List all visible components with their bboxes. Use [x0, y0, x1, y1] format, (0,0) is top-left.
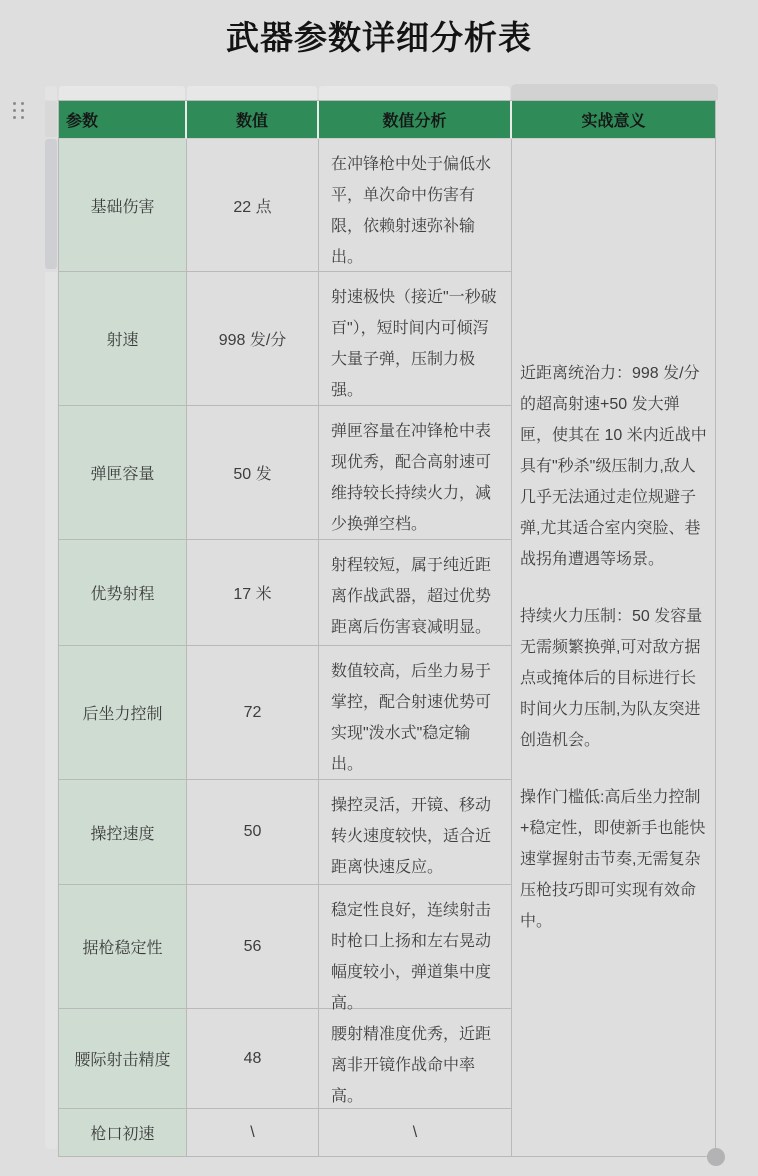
drag-dot [21, 102, 24, 105]
param-cell[interactable]: 操控速度 [59, 780, 187, 885]
analysis-cell[interactable]: \ [319, 1109, 512, 1156]
weapon-parameters-table: 参数数值数值分析实战意义基础伤害22 点在冲锋枪中处于偏低水平，单次命中伤害有限… [58, 100, 716, 1157]
analysis-cell[interactable]: 弹匣容量在冲锋枪中表现优秀，配合高射速可维持较长持续火力，减少换弹空档。 [319, 406, 512, 540]
param-cell[interactable]: 射速 [59, 272, 187, 406]
table-area: 参数数值数值分析实战意义基础伤害22 点在冲锋枪中处于偏低水平，单次命中伤害有限… [45, 84, 745, 1176]
column-header[interactable]: 实战意义 [512, 101, 715, 139]
drag-handle-icon[interactable] [13, 102, 24, 119]
combat-significance-paragraph: 持续火力压制：50 发容量无需频繁换弹,可对敌方据点或掩体后的目标进行长时间火力… [520, 601, 709, 756]
analysis-cell[interactable]: 在冲锋枪中处于偏低水平，单次命中伤害有限，依赖射速弥补输出。 [319, 139, 512, 272]
combat-significance-paragraph: 操作门槛低:高后坐力控制+稳定性，即使新手也能快速掌握射击节奏,无需复杂压枪技巧… [520, 782, 709, 937]
combat-significance-paragraph: 近距离统治力：998 发/分的超高射速+50 发大弹匣，使其在 10 米内近战中… [520, 358, 709, 575]
column-handle[interactable] [59, 86, 185, 100]
row-handle[interactable] [45, 272, 57, 1149]
analysis-cell[interactable]: 稳定性良好，连续射击时枪口上扬和左右晃动幅度较小，弹道集中度高。 [319, 885, 512, 1009]
drag-dot [13, 109, 16, 112]
drag-dot [21, 116, 24, 119]
analysis-cell[interactable]: 射程较短，属于纯近距离作战武器，超过优势距离后伤害衰减明显。 [319, 540, 512, 646]
drag-dot [13, 116, 16, 119]
param-cell[interactable]: 弹匣容量 [59, 406, 187, 540]
value-cell[interactable]: 56 [187, 885, 319, 1009]
table-corner-handle[interactable] [45, 86, 57, 100]
analysis-cell[interactable]: 操控灵活，开镜、移动转火速度较快，适合近距离快速反应。 [319, 780, 512, 885]
param-cell[interactable]: 优势射程 [59, 540, 187, 646]
analysis-cell[interactable]: 腰射精准度优秀，近距离非开镜作战命中率高。 [319, 1009, 512, 1109]
column-header[interactable]: 参数 [59, 101, 187, 139]
value-cell[interactable]: 998 发/分 [187, 272, 319, 406]
column-handle[interactable] [187, 86, 317, 100]
column-handle-active[interactable] [511, 84, 718, 100]
value-cell[interactable]: 48 [187, 1009, 319, 1109]
analysis-cell[interactable]: 数值较高，后坐力易于掌控，配合射速优势可实现"泼水式"稳定输出。 [319, 646, 512, 780]
page-title[interactable]: 武器参数详细分析表 [0, 12, 758, 59]
column-handle[interactable] [319, 86, 510, 100]
param-cell[interactable]: 枪口初速 [59, 1109, 187, 1156]
value-cell[interactable]: 50 发 [187, 406, 319, 540]
param-cell[interactable]: 基础伤害 [59, 139, 187, 272]
value-cell[interactable]: 17 米 [187, 540, 319, 646]
table-resize-handle[interactable] [707, 1148, 725, 1166]
value-cell[interactable]: \ [187, 1109, 319, 1156]
column-header[interactable]: 数值分析 [319, 101, 512, 139]
param-cell[interactable]: 后坐力控制 [59, 646, 187, 780]
value-cell[interactable]: 72 [187, 646, 319, 780]
param-cell[interactable]: 腰际射击精度 [59, 1009, 187, 1109]
analysis-cell[interactable]: 射速极快（接近"一秒破百"），短时间内可倾泻大量子弹，压制力极强。 [319, 272, 512, 406]
row-handle-header[interactable] [45, 101, 57, 137]
drag-dot [13, 102, 16, 105]
combat-significance-cell[interactable]: 近距离统治力：998 发/分的超高射速+50 发大弹匣，使其在 10 米内近战中… [512, 139, 715, 1156]
value-cell[interactable]: 22 点 [187, 139, 319, 272]
row-handle-active[interactable] [45, 139, 57, 269]
drag-dot [21, 109, 24, 112]
param-cell[interactable]: 据枪稳定性 [59, 885, 187, 1009]
value-cell[interactable]: 50 [187, 780, 319, 885]
column-header[interactable]: 数值 [187, 101, 319, 139]
